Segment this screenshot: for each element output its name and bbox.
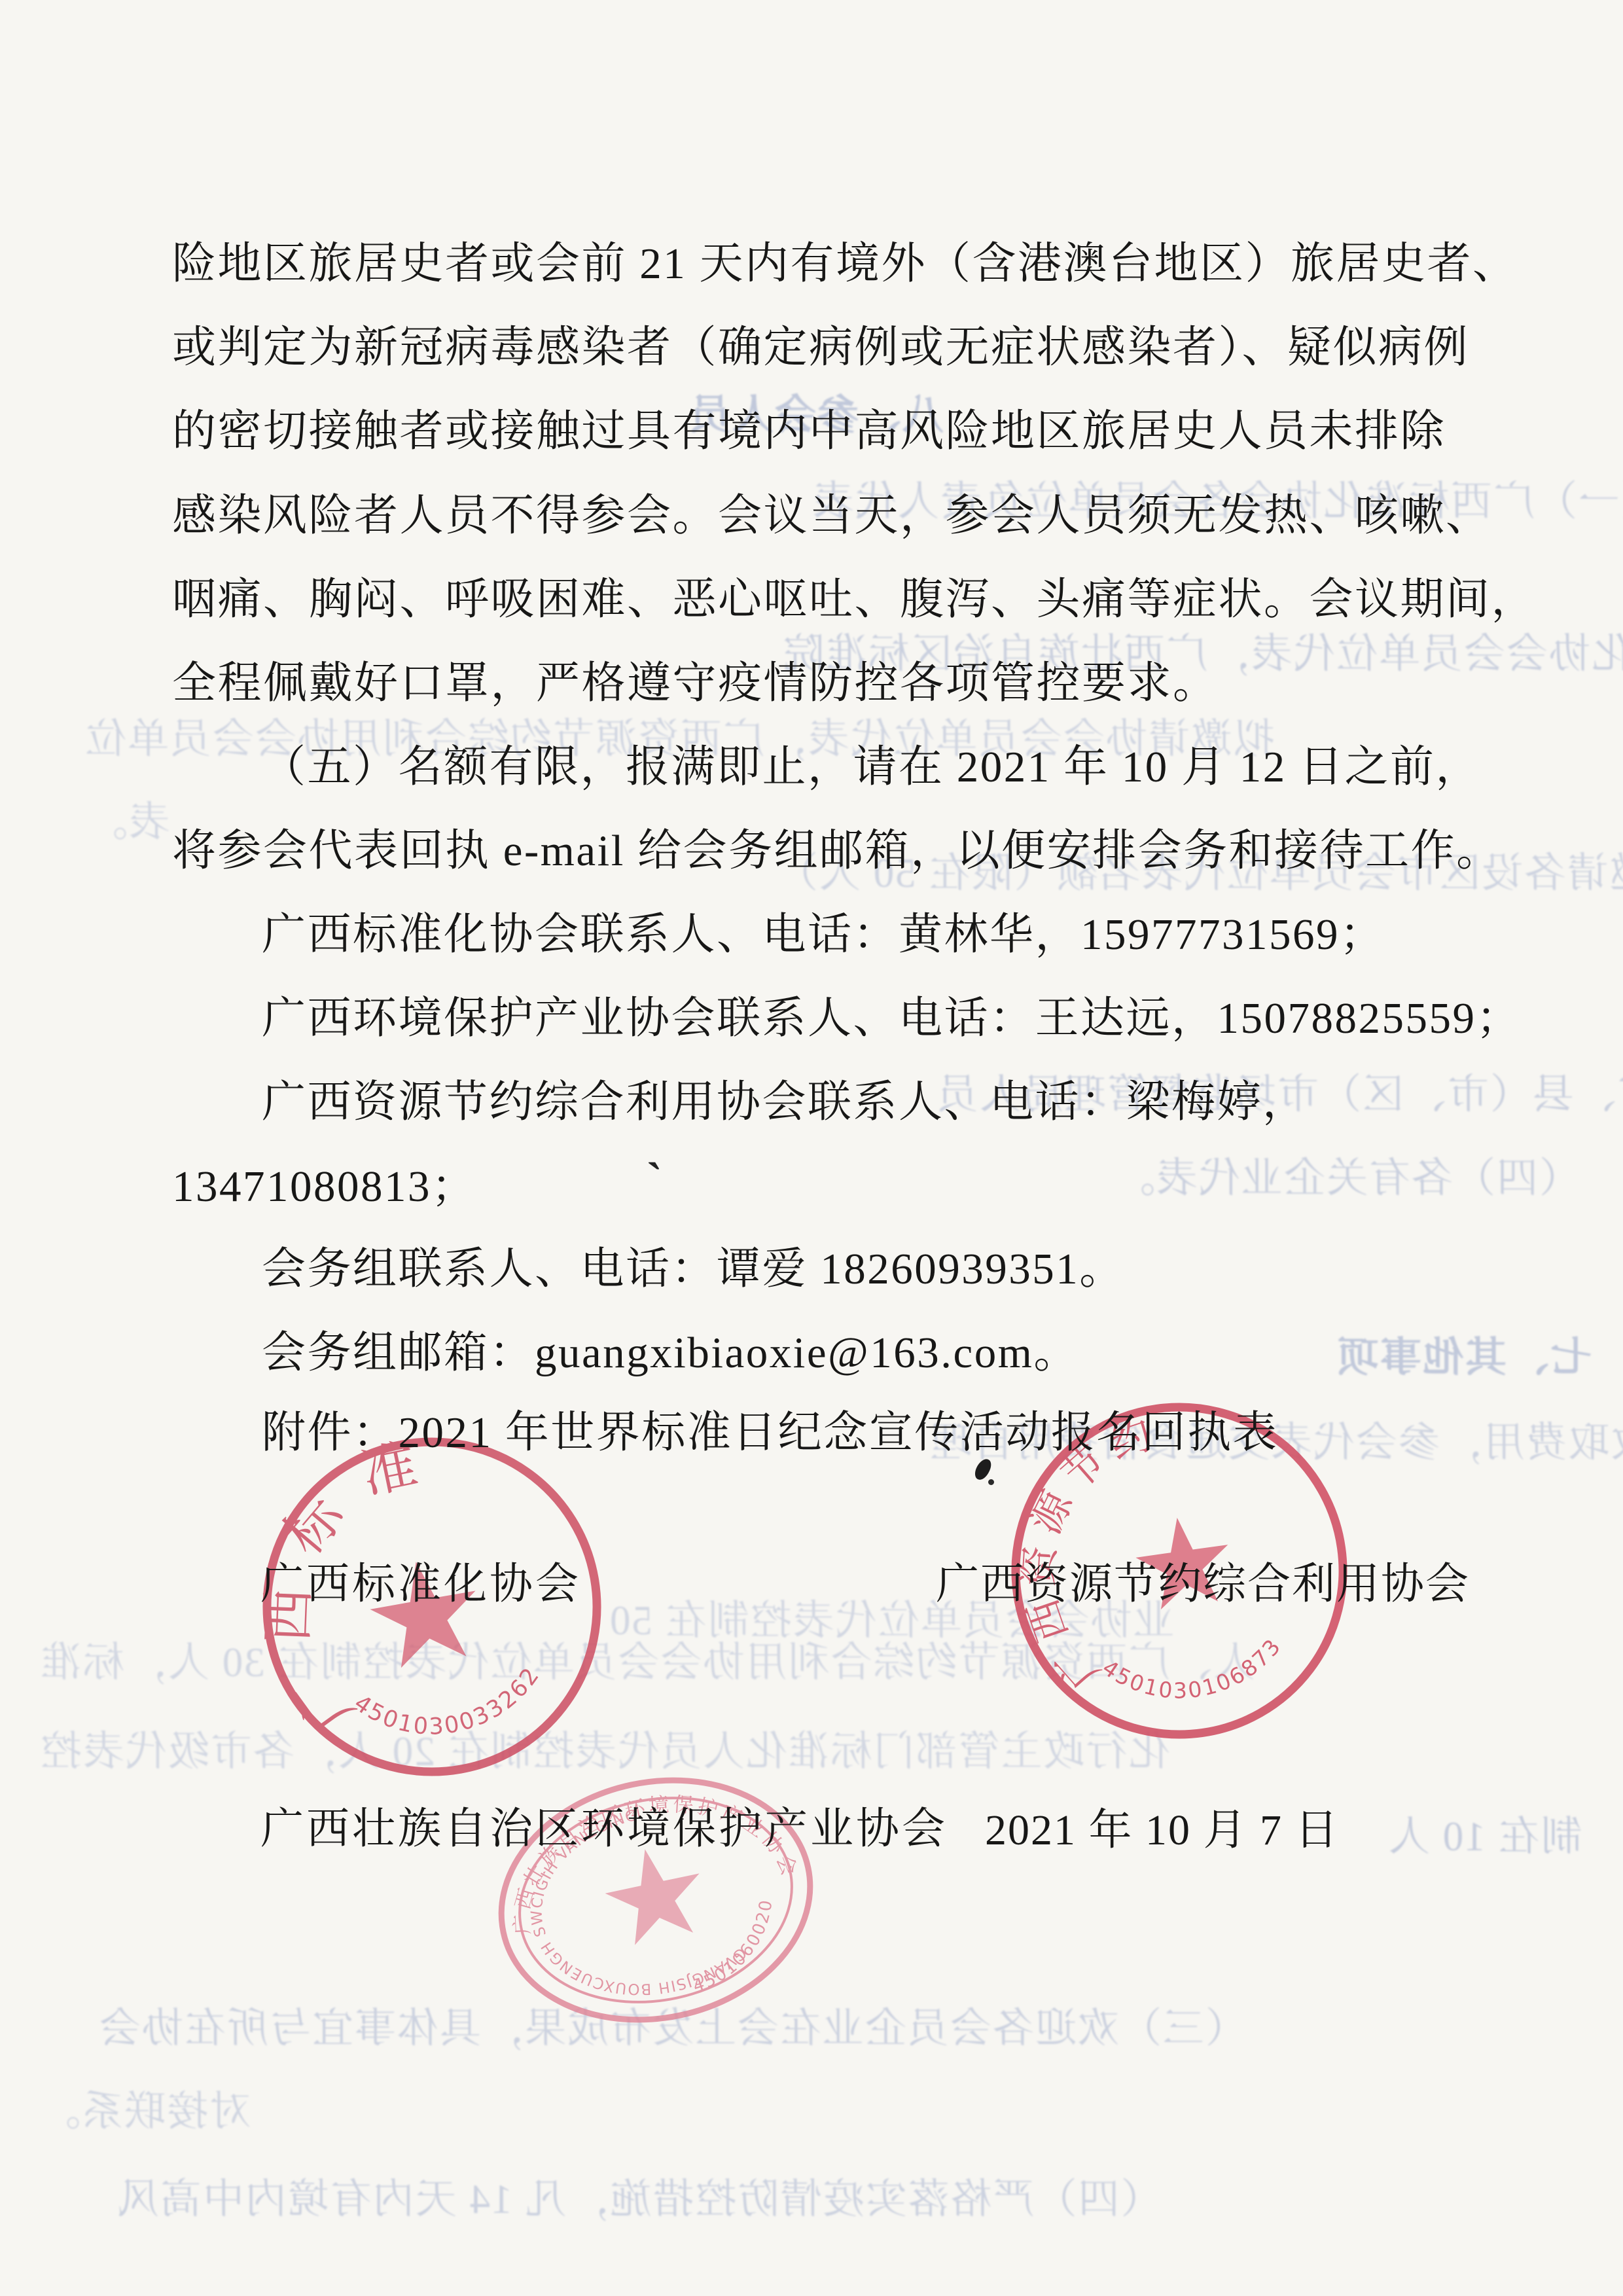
scanned-document-page: 八、参会人员（一）广西标准化协会各会员单位负责人代表（二）广西标准化协会会员单位… bbox=[0, 0, 1623, 2296]
stray-pen-tick: ˋ bbox=[647, 1156, 662, 1203]
body-line: 广西资源节约综合利用协会联系人、电话：梁梅婷， bbox=[262, 1078, 1308, 1127]
body-line: 会务组联系人、电话：谭爱 18260939351。 bbox=[262, 1245, 1125, 1294]
body-line: 将参会代表回执 e-mail 给会务组邮箱，以便安排会务和接待工作。 bbox=[172, 827, 1502, 876]
body-line: 感染风险者人员不得参会。会议当天，参会人员须无发热、咳嗽、 bbox=[172, 492, 1491, 541]
ink-speck-small bbox=[988, 1479, 994, 1485]
body-line: 附件：2021 年世界标准日纪念宣传活动报名回执表 bbox=[262, 1408, 1278, 1458]
signature-bottom-org: 广西壮族自治区环境保护产业协会 bbox=[260, 1805, 948, 1854]
body-line: 险地区旅居史者或会前 21 天内有境外（含港澳台地区）旅居史者、 bbox=[172, 240, 1518, 289]
body-line: 13471080813； bbox=[172, 1162, 477, 1211]
printed-text-layer: 广西标准化协会 广西资源节约综合利用协会 广西壮族自治区环境保护产业协会 202… bbox=[0, 0, 1623, 2296]
signature-date: 2021 年 10 月 7 日 bbox=[985, 1806, 1340, 1855]
body-line: 会务组邮箱：guangxibiaoxie@163.com。 bbox=[262, 1329, 1079, 1378]
body-line: （五）名额有限，报满即止，请在 2021 年 10 月 12 日之前， bbox=[262, 743, 1481, 792]
body-line: 的密切接触者或接触过具有境内中高风险地区旅居史人员未排除 bbox=[172, 407, 1446, 456]
body-line: 或判定为新冠病毒感染者（确定病例或无症状感染者）、疑似病例 bbox=[172, 323, 1469, 372]
signature-left-org: 广西标准化协会 bbox=[260, 1560, 581, 1609]
signature-right-org: 广西资源节约综合利用协会 bbox=[936, 1560, 1470, 1609]
body-line: 咽痛、胸闷、呼吸困难、恶心呕吐、腹泻、头痛等症状。会议期间， bbox=[172, 575, 1537, 624]
body-line: 广西环境保护产业协会联系人、电话：王达远，15078825559； bbox=[262, 994, 1522, 1043]
body-line: 全程佩戴好口罩，严格遵守疫情防控各项管控要求。 bbox=[172, 659, 1219, 708]
body-line: 广西标准化协会联系人、电话：黄林华，15977731569； bbox=[262, 910, 1385, 960]
